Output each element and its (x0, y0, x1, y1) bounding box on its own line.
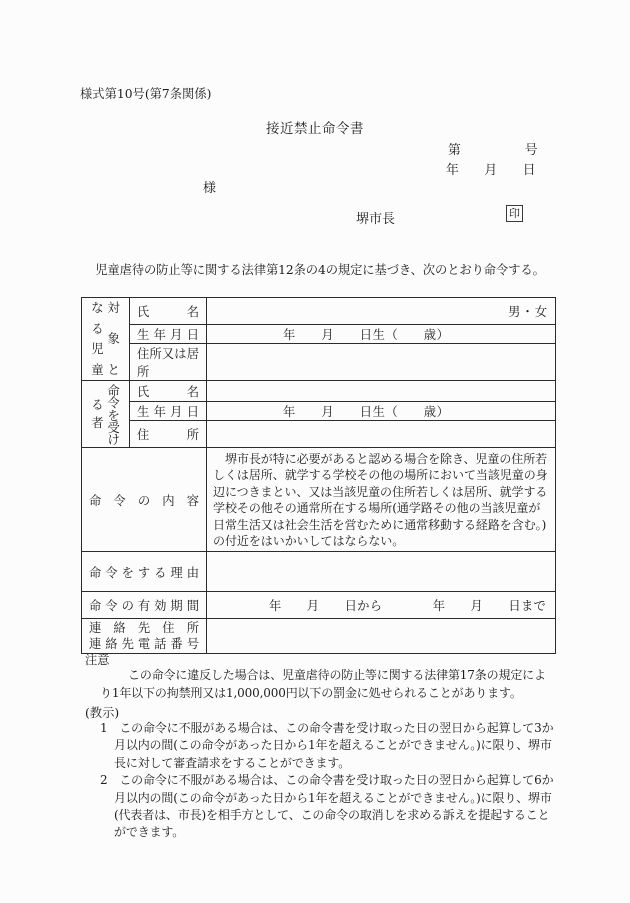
contact-address-label: 連絡先住所 (89, 620, 199, 637)
child-name-field: 男・女 (207, 298, 556, 325)
child-address-label: 住所又は居所 (130, 344, 207, 381)
recipient-group-vlabel-right: 命令を受け (108, 385, 120, 443)
kyoji-item-2: 2 この命令に不服がある場合は、この命令書を受け取った日の翌日から起算して6か月… (100, 772, 558, 842)
child-group-vlabel-left: なる児童 (91, 302, 103, 376)
addressee-honorific: 様 (203, 177, 216, 196)
recipient-name-field (207, 381, 556, 402)
document-page: 様式第10号(第7条関係) 接近禁止命令書 第 号 年 月 日 様 堺市長 印 … (0, 0, 630, 903)
contact-label: 連絡先住所 連絡先電話番号 (82, 619, 207, 654)
child-group-vlabel-right: 対象と (108, 302, 120, 376)
order-reason-label: 命令をする理由 (82, 552, 207, 592)
child-birthdate-label: 生年月日 (130, 325, 207, 344)
caution-heading: 注意 (85, 650, 110, 668)
document-date-line: 年 月 日 (446, 159, 536, 178)
document-number-line: 第 号 (448, 139, 538, 158)
child-sex-options: 男・女 (508, 302, 548, 320)
child-group-vertical-header: 対象と なる児童 (82, 298, 130, 381)
seal-mark: 印 (506, 205, 523, 222)
child-name-label: 氏名 (130, 298, 207, 325)
document-title: 接近禁止命令書 (0, 117, 630, 137)
recipient-group-vertical-header: 命令を受け る者 (82, 381, 130, 448)
child-birthdate-field: 年 月 日生（ 歳） (207, 325, 556, 344)
valid-period-label: 命令の有効期間 (82, 592, 207, 619)
valid-period-field: 年 月 日から 年 月 日まで (207, 592, 556, 619)
kyoji-list: 1 この命令に不服がある場合は、この命令書を受け取った日の翌日から起算して3か月… (100, 720, 558, 842)
contact-field (207, 619, 556, 654)
recipient-address-label: 住所 (130, 421, 207, 448)
order-content-text: 堺市長が特に必要があると認める場合を除き、児童の住所若しくは居所、就学する学校そ… (207, 448, 556, 552)
order-content-label: 命令の内容 (82, 448, 207, 552)
intro-sentence: 児童虐待の防止等に関する法律第12条の4の規定に基づき、次のとおり命令する。 (83, 260, 545, 278)
recipient-birthdate-label: 生年月日 (130, 402, 207, 421)
recipient-group-vlabel-left: る者 (91, 385, 103, 443)
order-reason-field (207, 552, 556, 592)
issuer-name: 堺市長 (356, 208, 395, 227)
order-form-table: 対象と なる児童 氏名 男・女 生年月日 年 月 日生（ 歳） 住所又は居所 命… (81, 297, 556, 654)
form-number: 様式第10号(第7条関係) (80, 84, 211, 102)
recipient-address-field (207, 421, 556, 448)
caution-text: この命令に違反した場合は、児童虐待の防止等に関する法律第17条の規定により1年以… (100, 667, 557, 702)
kyoji-heading: (教示) (85, 703, 119, 721)
recipient-name-label: 氏名 (130, 381, 207, 402)
recipient-birthdate-field: 年 月 日生（ 歳） (207, 402, 556, 421)
child-address-field (207, 344, 556, 381)
kyoji-item-1: 1 この命令に不服がある場合は、この命令書を受け取った日の翌日から起算して3か月… (100, 720, 558, 772)
